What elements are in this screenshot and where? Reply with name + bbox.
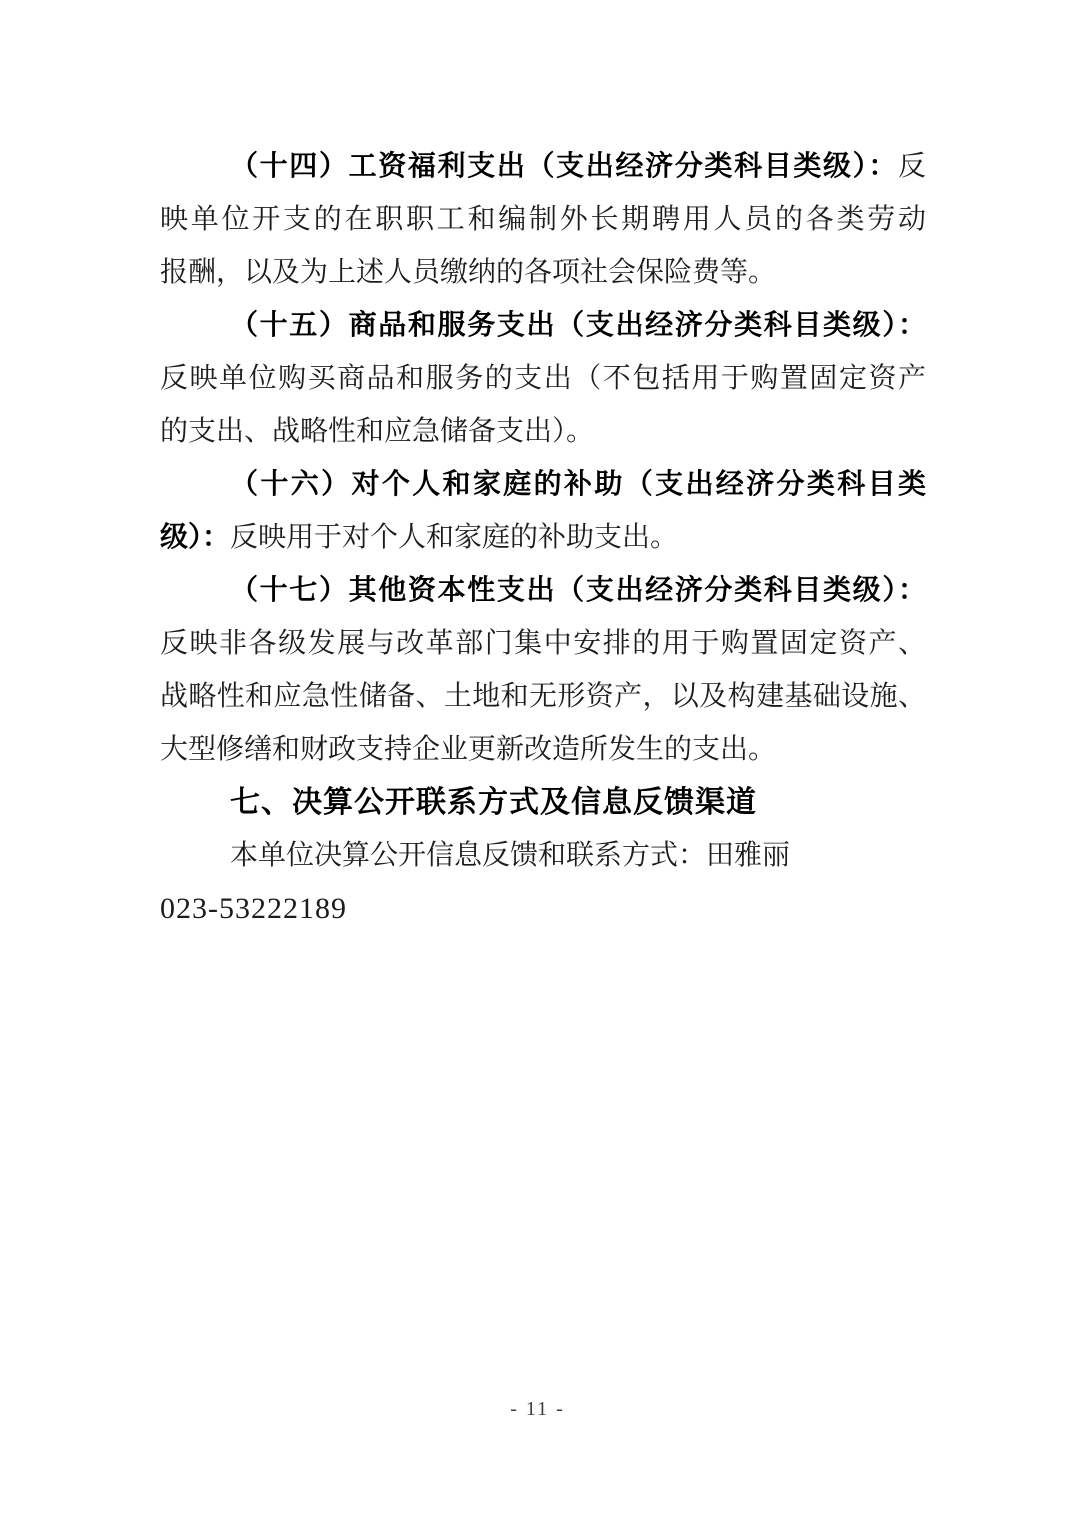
body-text-run: 大型修缮和财政支持企业更新改造所发生的支出。 — [160, 734, 776, 765]
paragraph: 本单位决算公开信息反馈和联系方式：田雅丽023-53222189 — [160, 829, 926, 935]
text-line: 大型修缮和财政支持企业更新改造所发生的支出。 — [160, 723, 926, 776]
page-footer: - 11 - — [0, 1398, 1075, 1421]
heading-text-run: 级）： — [160, 522, 230, 553]
body-text-run: 的支出、战略性和应急储备支出）。 — [160, 416, 594, 447]
body-text-run: 本单位决算公开信息反馈和联系方式：田雅丽 — [230, 840, 790, 871]
body-text-run: 023-53222189 — [160, 892, 347, 925]
text-line: 级）：反映用于对个人和家庭的补助支出。 — [160, 511, 926, 564]
text-line: （十六）对个人和家庭的补助（支出经济分类科目类 — [160, 458, 926, 511]
text-line: 反映非各级发展与改革部门集中安排的用于购置固定资产、 — [160, 617, 926, 670]
heading-text-run: （十五）商品和服务支出（支出经济分类科目类级）： — [230, 310, 926, 341]
body-text-run: 映单位开支的在职职工和编制外长期聘用人员的各类劳动 — [160, 204, 926, 235]
text-line: 023-53222189 — [160, 882, 926, 935]
body-text-run: 反映单位购买商品和服务的支出（不包括用于购置固定资产 — [160, 363, 926, 394]
text-line: （十四）工资福利支出（支出经济分类科目类级）：反 — [160, 140, 926, 193]
text-line: 的支出、战略性和应急储备支出）。 — [160, 405, 926, 458]
paragraph: （十五）商品和服务支出（支出经济分类科目类级）：反映单位购买商品和服务的支出（不… — [160, 299, 926, 458]
body-text-run: 反映非各级发展与改革部门集中安排的用于购置固定资产、 — [160, 628, 926, 659]
text-line: 反映单位购买商品和服务的支出（不包括用于购置固定资产 — [160, 352, 926, 405]
body-text-run: 报酬，以及为上述人员缴纳的各项社会保险费等。 — [160, 257, 776, 288]
text-line: 报酬，以及为上述人员缴纳的各项社会保险费等。 — [160, 246, 926, 299]
paragraph: （十四）工资福利支出（支出经济分类科目类级）：反映单位开支的在职职工和编制外长期… — [160, 140, 926, 299]
body-text-run: 反映用于对个人和家庭的补助支出。 — [230, 522, 678, 553]
heading-text-run: （十七）其他资本性支出（支出经济分类科目类级）： — [230, 575, 926, 606]
page-number: - 11 - — [510, 1398, 565, 1420]
text-line: （十五）商品和服务支出（支出经济分类科目类级）： — [160, 299, 926, 352]
text-line: （十七）其他资本性支出（支出经济分类科目类级）： — [160, 564, 926, 617]
body-text-run: 战略性和应急性储备、土地和无形资产，以及构建基础设施、 — [160, 681, 926, 712]
heading-text-run: 七、决算公开联系方式及信息反馈渠道 — [230, 786, 757, 819]
text-line: 七、决算公开联系方式及信息反馈渠道 — [160, 776, 926, 829]
body-text-run: 反 — [898, 151, 926, 182]
text-line: 映单位开支的在职职工和编制外长期聘用人员的各类劳动 — [160, 193, 926, 246]
section-heading: 七、决算公开联系方式及信息反馈渠道 — [160, 776, 926, 829]
heading-text-run: （十六）对个人和家庭的补助（支出经济分类科目类 — [230, 469, 926, 500]
heading-text-run: （十四）工资福利支出（支出经济分类科目类级）： — [230, 151, 898, 182]
document-page: （十四）工资福利支出（支出经济分类科目类级）：反映单位开支的在职职工和编制外长期… — [0, 0, 1075, 1520]
document-body: （十四）工资福利支出（支出经济分类科目类级）：反映单位开支的在职职工和编制外长期… — [160, 140, 926, 935]
paragraph: （十六）对个人和家庭的补助（支出经济分类科目类级）：反映用于对个人和家庭的补助支… — [160, 458, 926, 564]
text-line: 本单位决算公开信息反馈和联系方式：田雅丽 — [160, 829, 926, 882]
paragraph: （十七）其他资本性支出（支出经济分类科目类级）：反映非各级发展与改革部门集中安排… — [160, 564, 926, 776]
text-line: 战略性和应急性储备、土地和无形资产，以及构建基础设施、 — [160, 670, 926, 723]
